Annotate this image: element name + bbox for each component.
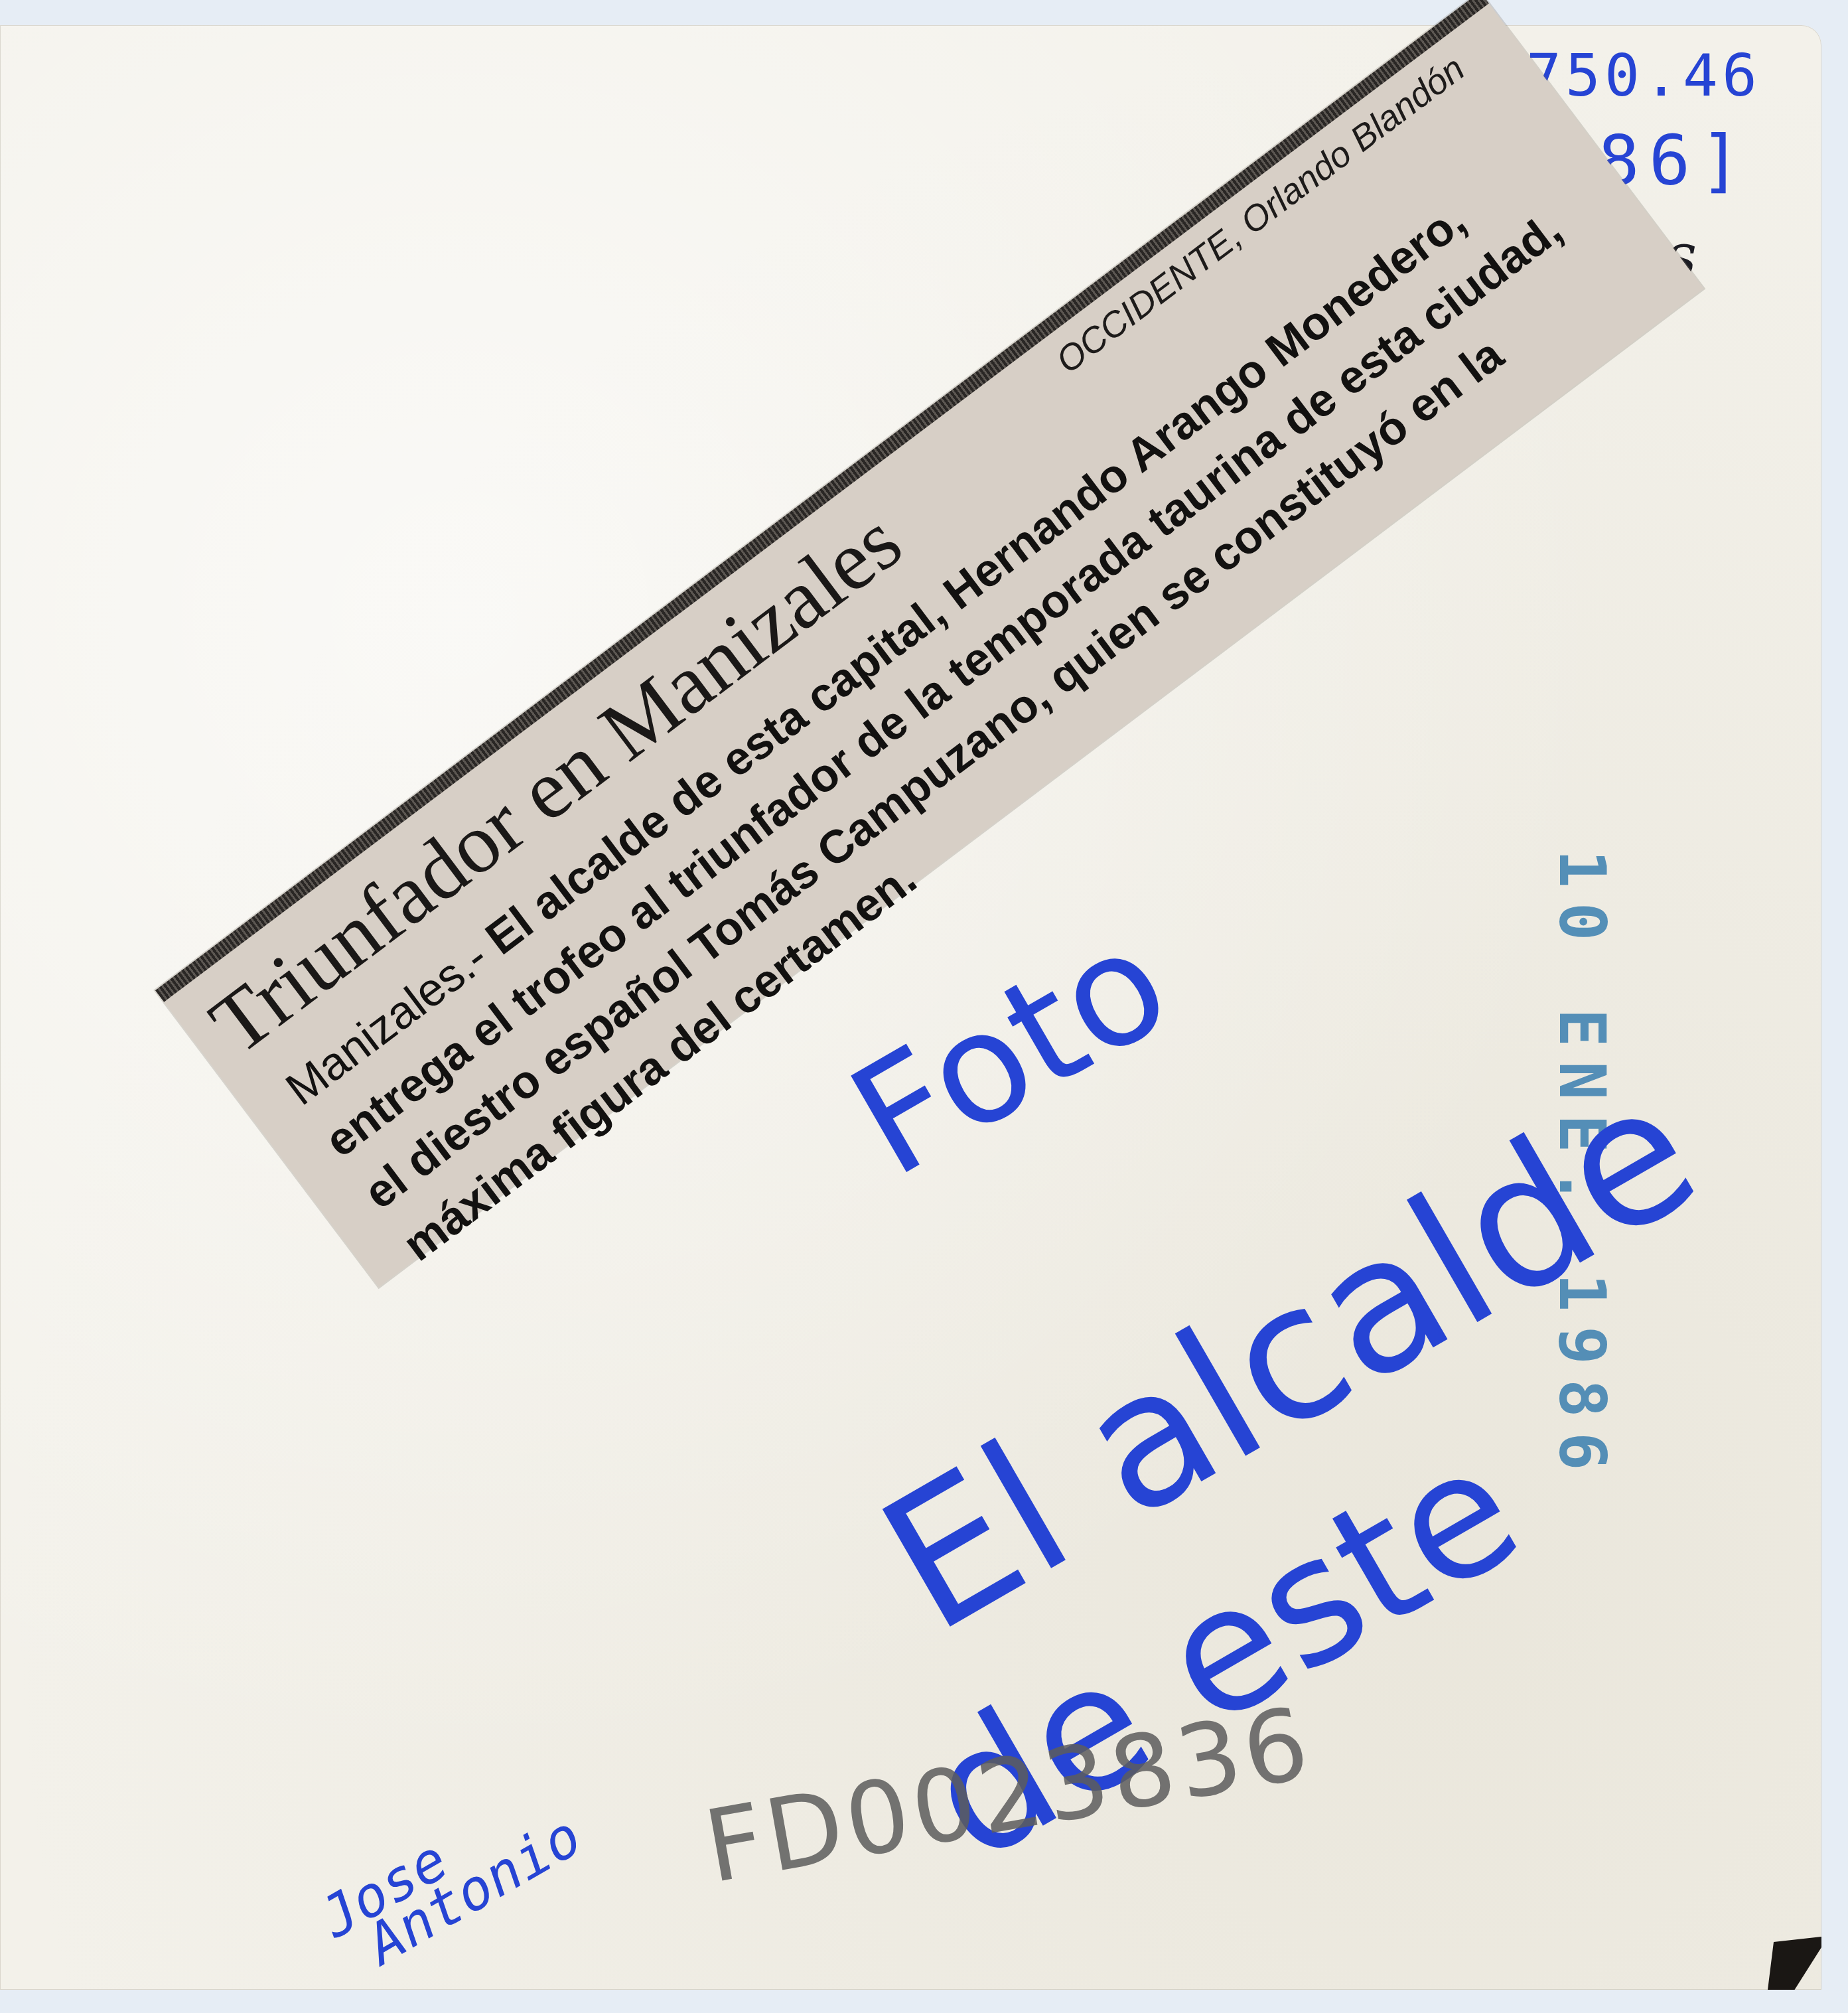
archive-code: 750.46 (1526, 46, 1761, 105)
torn-corner (1762, 1937, 1821, 1990)
